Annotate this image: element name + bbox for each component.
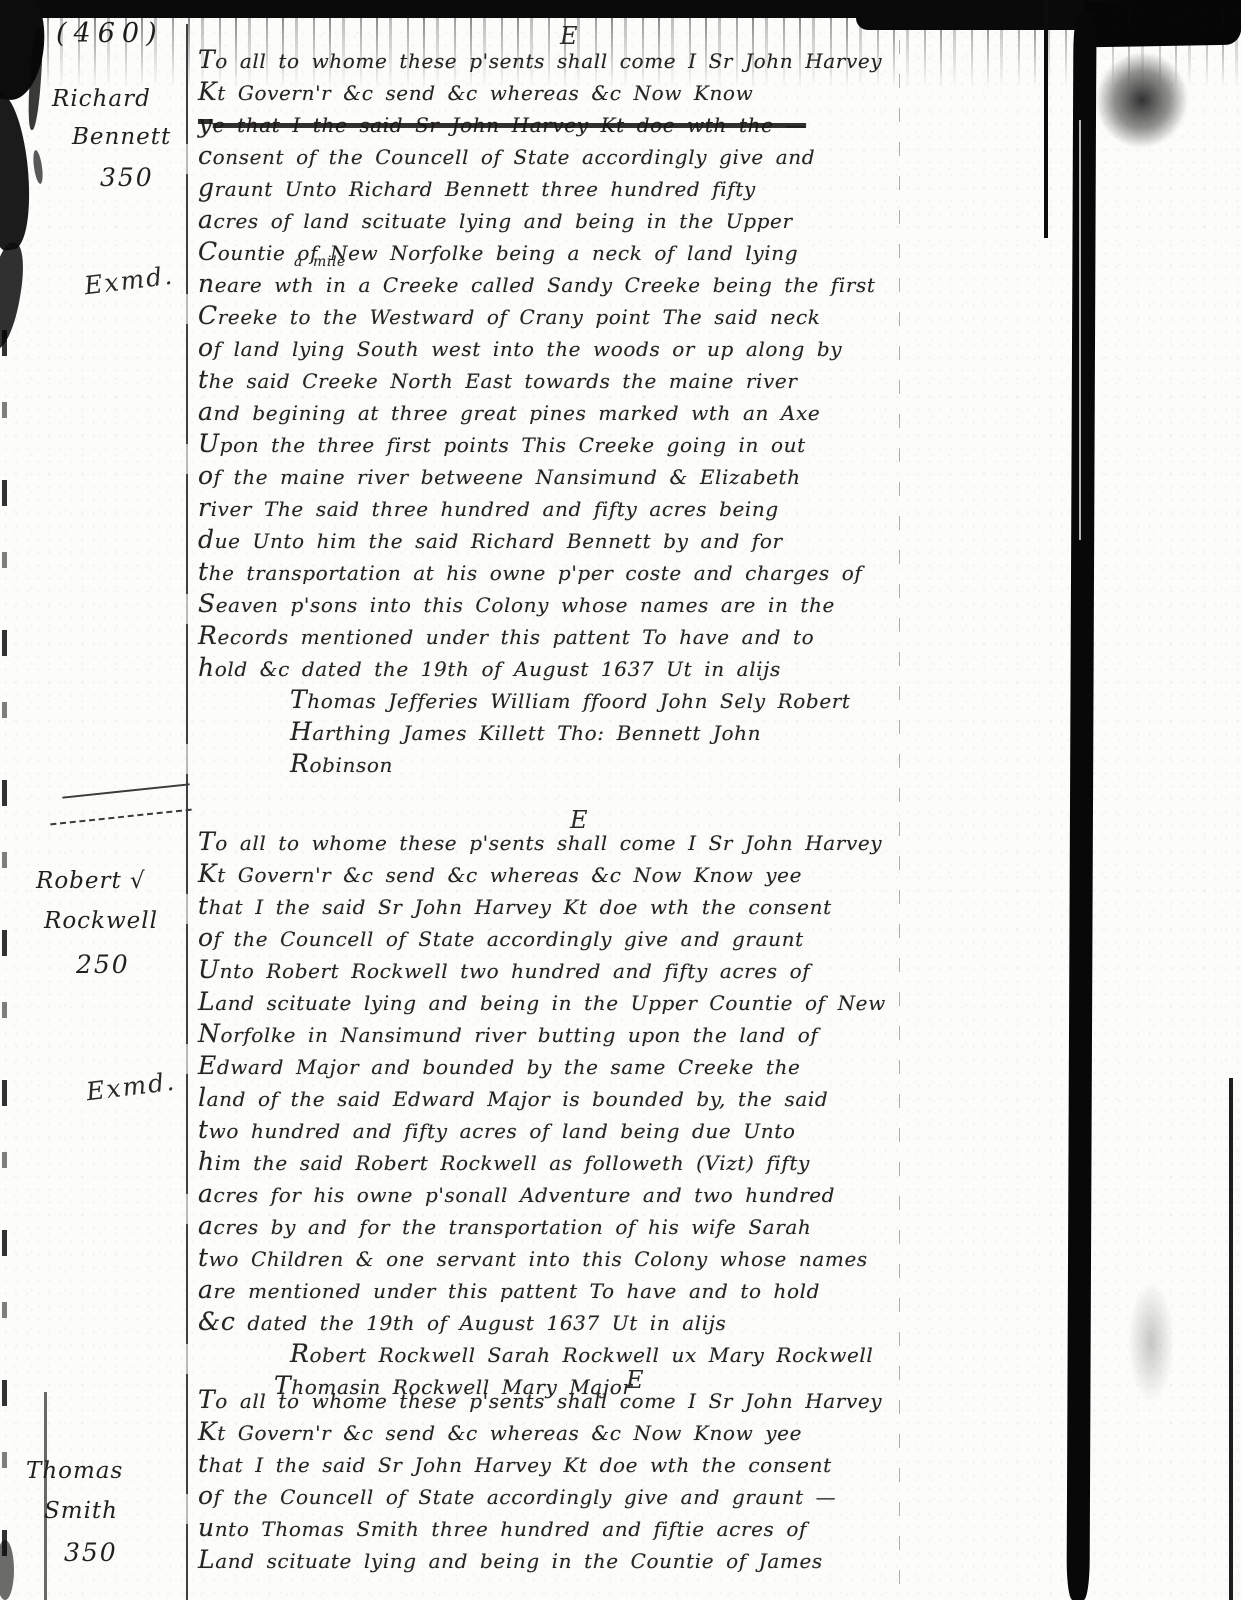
manuscript-line: Edward Major and bounded by the same Cre… — [198, 1050, 906, 1082]
scan-right-blotch — [1087, 43, 1197, 156]
manuscript-line: of the maine river betweene Nansimund & … — [198, 460, 906, 492]
patent-block-thomas-smith: E To all to whome these p'sents shall co… — [198, 1384, 906, 1576]
margin-grantee-name: Bennett — [72, 124, 171, 150]
scan-top-edge-band-right — [856, 0, 1241, 30]
margin-acreage: 350 — [100, 163, 154, 192]
scan-left-ink-blob — [0, 240, 28, 351]
manuscript-line: that I the said Sr John Harvey Kt doe wt… — [198, 890, 906, 922]
manuscript-line: hold &c dated the 19th of August 1637 Ut… — [198, 652, 906, 684]
manuscript-line: Records mentioned under this pattent To … — [198, 620, 906, 652]
manuscript-line: acres for his owne p'sonall Adventure an… — [198, 1178, 906, 1210]
margin-acreage: 250 — [76, 950, 130, 979]
manuscript-line: Kt Govern'r &c send &c whereas &c Now Kn… — [198, 858, 906, 890]
manuscript-line: are mentioned under this pattent To have… — [198, 1274, 906, 1306]
manuscript-line-blotted: ye that I the said Sr John Harvey Kt doe… — [198, 108, 906, 140]
margin-grantee-name: Robert √ — [36, 868, 146, 894]
interlined-insertion: a mile — [294, 255, 346, 269]
manuscript-line: the said Creeke North East towards the m… — [198, 364, 906, 396]
manuscript-line: two Children & one servant into this Col… — [198, 1242, 906, 1274]
abbreviation-flourish: E — [570, 806, 588, 834]
scan-left-bottom-line — [44, 1392, 47, 1600]
abbreviation-flourish: E — [626, 1366, 644, 1394]
margin-acreage: 350 — [64, 1538, 118, 1567]
manuscript-line: two hundred and fifty acres of land bein… — [198, 1114, 906, 1146]
scan-top-edge-band — [0, 0, 1241, 18]
manuscript-line: To all to whome these p'sents shall come… — [198, 44, 906, 76]
patent-block-robert-rockwell: E To all to whome these p'sents shall co… — [198, 826, 906, 1402]
scan-left-ink-blob — [0, 90, 36, 252]
folio-number: (460) — [56, 18, 164, 49]
witness-line: Thomas Jefferies William ffoord John Sel… — [290, 684, 906, 716]
scan-left-ink-blob — [0, 0, 51, 103]
manuscript-line: of the Councell of State accordingly giv… — [198, 922, 906, 954]
exam-mark: Exmd. — [85, 1067, 178, 1107]
margin-rule — [186, 24, 188, 1600]
manuscript-line: that I the said Sr John Harvey Kt doe wt… — [198, 1448, 906, 1480]
manuscript-line: Land scituate lying and being in the Cou… — [198, 1544, 906, 1576]
scanned-manuscript-page: (460) Richard Bennett 350 Exmd. Robert √… — [0, 0, 1241, 1600]
margin-grantee-name: Richard — [52, 86, 151, 112]
abbreviation-flourish: E — [560, 22, 578, 50]
scan-left-mark — [32, 150, 45, 185]
binding-gutter-band — [1067, 12, 1097, 1600]
manuscript-line: Seaven p'sons into this Colony whose nam… — [198, 588, 906, 620]
binding-gutter-line — [1044, 0, 1048, 238]
manuscript-line: Kt Govern'r &c send &c whereas &c Now Kn… — [198, 1416, 906, 1448]
manuscript-line: of land lying South west into the woods … — [198, 332, 906, 364]
manuscript-line: acres of land scituate lying and being i… — [198, 204, 906, 236]
scan-left-bottom-blob — [0, 1540, 14, 1600]
witness-line: Harthing James Killett Tho: Bennett John — [290, 716, 906, 748]
witness-line: Robinson — [290, 748, 906, 780]
margin-bracket-mark — [50, 809, 191, 826]
manuscript-line: Norfolke in Nansimund river butting upon… — [198, 1018, 906, 1050]
patent-block-richard-bennett: E To all to whome these p'sents shall co… — [198, 44, 906, 780]
scan-right-smudge — [1128, 1282, 1174, 1402]
scan-left-streak — [26, 26, 44, 131]
manuscript-line: &c dated the 19th of August 1637 Ut in a… — [198, 1306, 906, 1338]
manuscript-line: To all to whome these p'sents shall come… — [198, 826, 906, 858]
manuscript-line: him the said Robert Rockwell as followet… — [198, 1146, 906, 1178]
manuscript-line: Unto Robert Rockwell two hundred and fif… — [198, 954, 906, 986]
binding-gutter-seam — [1079, 120, 1081, 540]
margin-grantee-name: Smith — [44, 1498, 118, 1524]
manuscript-line: due Unto him the said Richard Bennett by… — [198, 524, 906, 556]
manuscript-line: To all to whome these p'sents shall come… — [198, 1384, 906, 1416]
manuscript-line: unto Thomas Smith three hundred and fift… — [198, 1512, 906, 1544]
manuscript-line: Kt Govern'r &c send &c whereas &c Now Kn… — [198, 76, 906, 108]
scan-top-corner-blotch — [1085, 0, 1241, 47]
witness-line: Robert Rockwell Sarah Rockwell ux Mary R… — [290, 1338, 906, 1370]
exam-mark: Exmd. — [83, 261, 176, 301]
manuscript-line: Creeke to the Westward of Crany point Th… — [198, 300, 906, 332]
manuscript-line: land of the said Edward Major is bounded… — [198, 1082, 906, 1114]
manuscript-line: of the Councell of State accordingly giv… — [198, 1480, 906, 1512]
witness-list: Thomas Jefferies William ffoord John Sel… — [290, 684, 906, 780]
manuscript-line: consent of the Councell of State accordi… — [198, 140, 906, 172]
manuscript-line: and begining at three great pines marked… — [198, 396, 906, 428]
manuscript-line-text: neare wth in a Creeke called Sandy Creek… — [198, 273, 876, 297]
manuscript-line: the transportation at his owne p'per cos… — [198, 556, 906, 588]
manuscript-line: Upon the three first points This Creeke … — [198, 428, 906, 460]
manuscript-line: a mile neare wth in a Creeke called Sand… — [198, 268, 906, 300]
scan-left-broken-line — [2, 330, 7, 1600]
manuscript-line: Land scituate lying and being in the Upp… — [198, 986, 906, 1018]
manuscript-line: graunt Unto Richard Bennett three hundre… — [198, 172, 906, 204]
margin-grantee-name: Thomas — [26, 1458, 123, 1484]
manuscript-line: river The said three hundred and fifty a… — [198, 492, 906, 524]
manuscript-line: acres by and for the transportation of h… — [198, 1210, 906, 1242]
scan-right-edge-line — [1229, 1078, 1233, 1600]
margin-grantee-name: Rockwell — [44, 908, 158, 934]
margin-bracket-mark — [62, 783, 190, 798]
